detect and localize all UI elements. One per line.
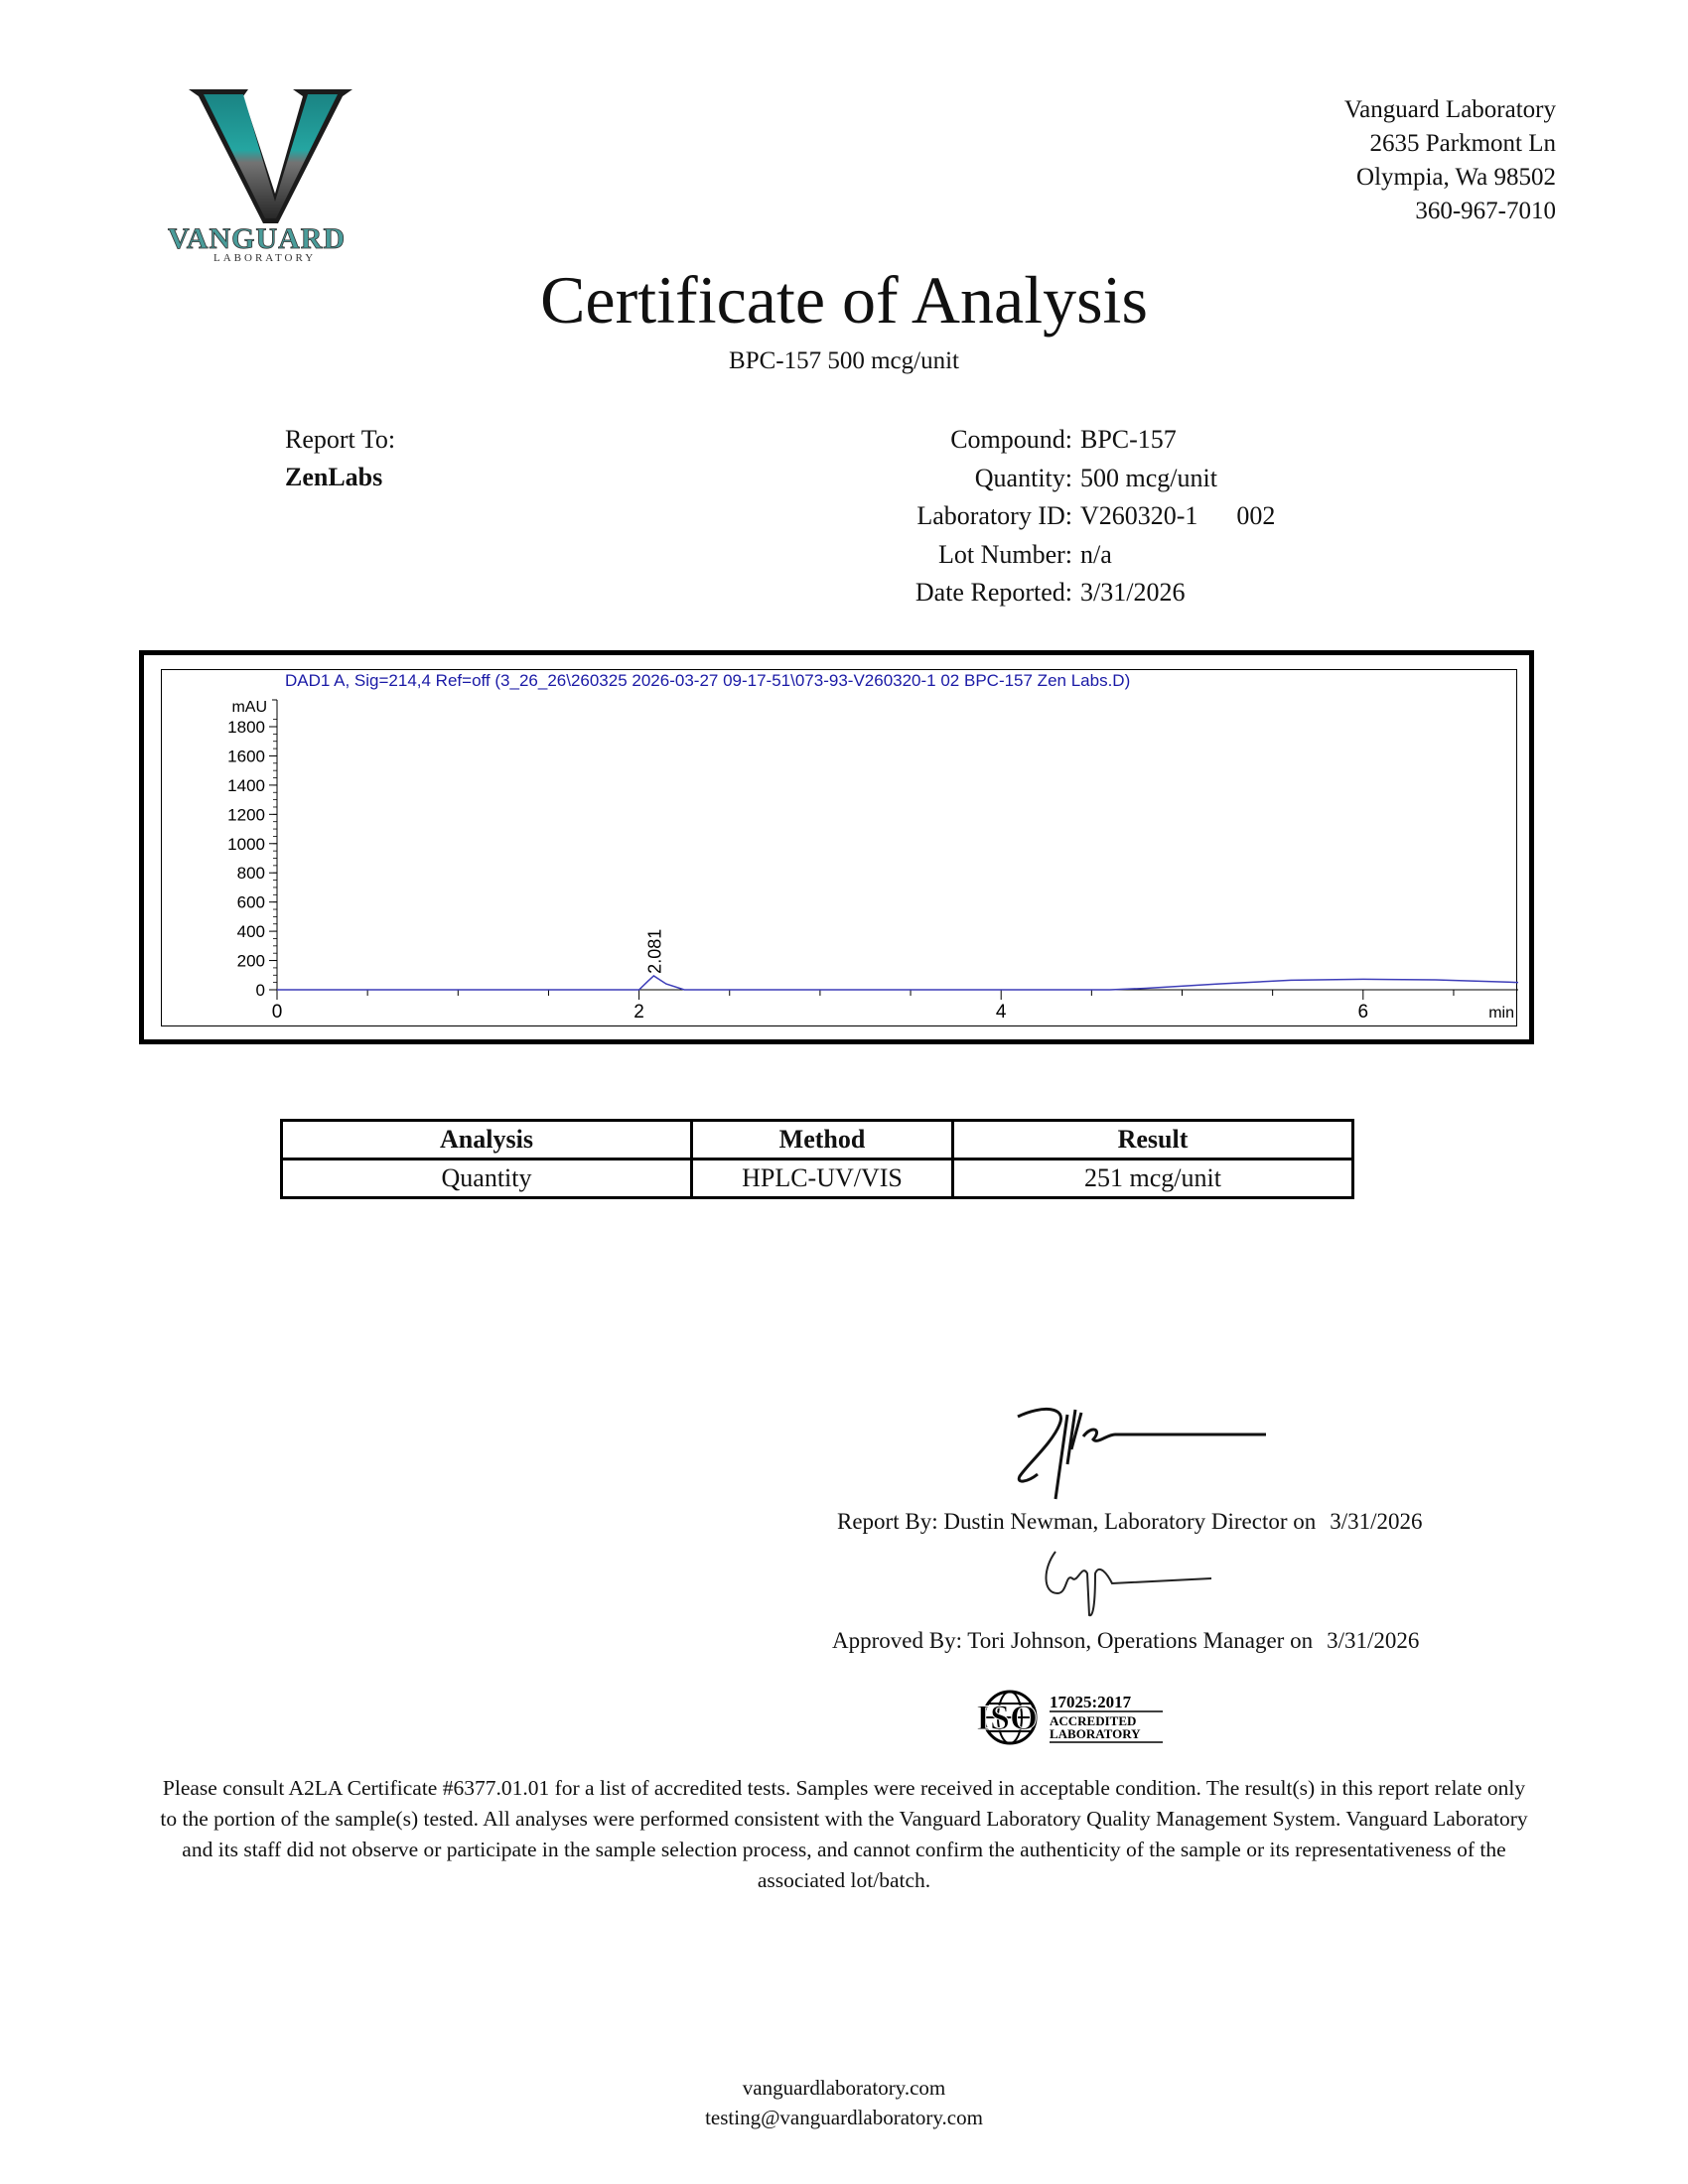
info-value: 3/31/2026 <box>1080 578 1185 616</box>
page-title: Certificate of Analysis <box>0 260 1688 340</box>
info-label: Quantity: <box>814 464 1080 502</box>
cell-method: HPLC-UV/VIS <box>692 1160 953 1198</box>
report-to-label: Report To: <box>285 425 395 455</box>
svg-text:VANGUARD: VANGUARD <box>168 222 346 255</box>
peak-label: 2.081 <box>644 929 664 974</box>
svg-text:800: 800 <box>237 864 265 883</box>
info-label: Date Reported: <box>814 578 1080 616</box>
chromatogram: DAD1 A, Sig=214,4 Ref=off (3_26_26\26032… <box>161 669 1517 1026</box>
v-logo-icon: VANGUARD LABORATORY <box>164 84 382 263</box>
svg-text:4: 4 <box>996 1002 1007 1023</box>
svg-text:1800: 1800 <box>227 718 265 737</box>
iso-accreditation-badge: ISO 17025:2017 ACCREDITED LABORATORY <box>968 1688 1167 1747</box>
sample-info: Compound: BPC-157 Quantity: 500 mcg/unit… <box>814 425 1275 616</box>
footer: vanguardlaboratory.com testing@vanguardl… <box>0 2073 1688 2132</box>
info-row-date-reported: Date Reported: 3/31/2026 <box>814 578 1275 616</box>
info-row-quantity: Quantity: 500 mcg/unit <box>814 464 1275 502</box>
header-result: Result <box>953 1121 1353 1160</box>
svg-text:1400: 1400 <box>227 776 265 795</box>
info-label: Lot Number: <box>814 540 1080 579</box>
report-by-date: 3/31/2026 <box>1330 1509 1422 1535</box>
address-line: Olympia, Wa 98502 <box>1344 161 1556 195</box>
manager-signature <box>1038 1544 1216 1623</box>
website-link[interactable]: vanguardlaboratory.com <box>0 2073 1688 2103</box>
svg-text:400: 400 <box>237 922 265 941</box>
info-row-lab-id: Laboratory ID: V260320-1 002 <box>814 501 1275 540</box>
svg-text:600: 600 <box>237 893 265 912</box>
cell-analysis: Quantity <box>282 1160 692 1198</box>
approved-by-line: Approved By: Tori Johnson, Operations Ma… <box>832 1628 1419 1654</box>
report-by-text: Report By: Dustin Newman, Laboratory Dir… <box>837 1509 1316 1534</box>
info-row-lot-number: Lot Number: n/a <box>814 540 1275 579</box>
chart-title: DAD1 A, Sig=214,4 Ref=off (3_26_26\26032… <box>285 671 1130 690</box>
header-method: Method <box>692 1121 953 1160</box>
info-value: V260320-1 002 <box>1080 501 1275 540</box>
info-value: 500 mcg/unit <box>1080 464 1217 502</box>
svg-text:200: 200 <box>237 952 265 971</box>
svg-text:LABORATORY: LABORATORY <box>1050 1726 1141 1741</box>
svg-text:0: 0 <box>256 981 265 1000</box>
svg-text:6: 6 <box>1358 1002 1369 1023</box>
svg-text:2: 2 <box>633 1002 644 1023</box>
table-header-row: Analysis Method Result <box>282 1121 1353 1160</box>
svg-text:1600: 1600 <box>227 747 265 765</box>
results-table: Analysis Method Result Quantity HPLC-UV/… <box>280 1119 1354 1199</box>
signal-trace <box>277 975 1518 990</box>
chromatogram-plot: DAD1 A, Sig=214,4 Ref=off (3_26_26\26032… <box>162 670 1518 1027</box>
info-label: Compound: <box>814 425 1080 464</box>
svg-text:min: min <box>1488 1005 1514 1022</box>
svg-text:1200: 1200 <box>227 805 265 824</box>
page-subtitle: BPC-157 500 mcg/unit <box>0 347 1688 375</box>
report-by-line: Report By: Dustin Newman, Laboratory Dir… <box>837 1509 1423 1535</box>
lab-address: Vanguard Laboratory 2635 Parkmont Ln Oly… <box>1344 93 1556 228</box>
info-value: BPC-157 <box>1080 425 1177 464</box>
address-line: 2635 Parkmont Ln <box>1344 127 1556 161</box>
info-value: n/a <box>1080 540 1112 579</box>
info-row-compound: Compound: BPC-157 <box>814 425 1275 464</box>
vanguard-logo: VANGUARD LABORATORY <box>164 84 382 263</box>
approved-by-date: 3/31/2026 <box>1327 1628 1419 1654</box>
svg-text:mAU: mAU <box>231 699 267 716</box>
svg-text:17025:2017: 17025:2017 <box>1050 1693 1132 1711</box>
director-signature <box>998 1395 1276 1504</box>
address-line: 360-967-7010 <box>1344 195 1556 228</box>
svg-text:0: 0 <box>272 1002 283 1023</box>
cell-result: 251 mcg/unit <box>953 1160 1353 1198</box>
chromatogram-frame: DAD1 A, Sig=214,4 Ref=off (3_26_26\26032… <box>139 650 1534 1044</box>
header-analysis: Analysis <box>282 1121 692 1160</box>
info-label: Laboratory ID: <box>814 501 1080 540</box>
svg-text:1000: 1000 <box>227 835 265 854</box>
report-to-name: ZenLabs <box>285 463 382 492</box>
approved-by-text: Approved By: Tori Johnson, Operations Ma… <box>832 1628 1313 1653</box>
disclaimer-text: Please consult A2LA Certificate #6377.01… <box>154 1773 1534 1896</box>
address-line: Vanguard Laboratory <box>1344 93 1556 127</box>
svg-text:ISO: ISO <box>976 1698 1038 1737</box>
table-row: Quantity HPLC-UV/VIS 251 mcg/unit <box>282 1160 1353 1198</box>
email-link[interactable]: testing@vanguardlaboratory.com <box>0 2103 1688 2132</box>
